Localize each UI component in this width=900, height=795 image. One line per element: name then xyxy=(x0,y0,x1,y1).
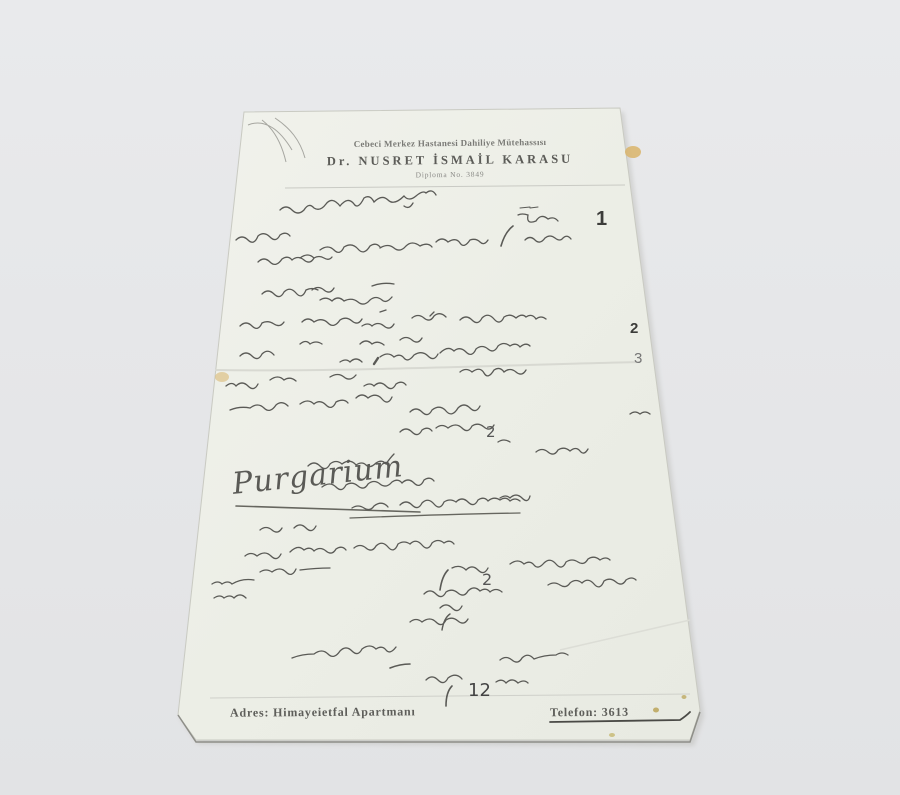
photo-scene: Cebeci Merkez Hastanesi Dahiliye Mütehas… xyxy=(0,0,900,795)
footer-phone: Telefon: 3613 xyxy=(550,705,629,721)
handwriting-strokes xyxy=(0,0,900,795)
footer-address: Adres: Himayeietfal Apartmanı xyxy=(230,704,416,720)
